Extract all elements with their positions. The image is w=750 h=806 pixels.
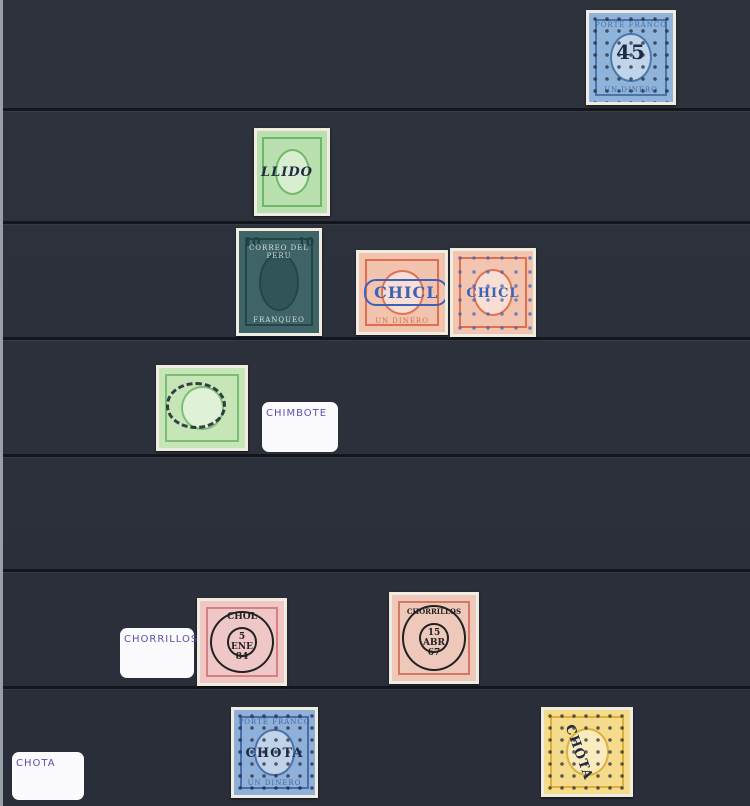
- cds-day: 15: [428, 628, 441, 638]
- label-text: CHORRILLOS: [124, 634, 198, 645]
- stamp-red-cds-chorrillos[interactable]: CHORRILLOS 15ABR67: [389, 592, 479, 684]
- stamp-blue-un-dinero[interactable]: PORTE FRANCO UN DINERO 45: [586, 10, 676, 105]
- cds-town: CHOL: [200, 612, 284, 622]
- album-strip: [3, 108, 750, 111]
- stamp-green-oval-cancel[interactable]: [156, 365, 248, 451]
- stock-page: PORTE FRANCO UN DINERO 45 LLIDO 10 10 CO…: [0, 0, 750, 806]
- stamp-bottom-text: UN DINERO: [359, 317, 445, 325]
- stamp-red-boxed-chicl[interactable]: UN DINERO CHICL: [356, 250, 448, 335]
- label-chimbote: CHIMBOTE: [262, 402, 338, 452]
- stamp-bottom-text: FRANQUEO: [239, 316, 319, 324]
- album-strip: [3, 686, 750, 689]
- album-strip: [3, 569, 750, 572]
- cds-month: ABR: [423, 638, 445, 648]
- stamp-green-arms[interactable]: LLIDO: [254, 128, 330, 216]
- stamp-blue-chota[interactable]: PORTE FRANCO UN DINERO CHOTA: [231, 707, 318, 798]
- label-text: CHIMBOTE: [266, 408, 327, 419]
- label-chota: CHOTA: [12, 752, 84, 800]
- stamp-red-dotted-chicl[interactable]: CHICL: [450, 248, 536, 337]
- album-strip: [3, 337, 750, 340]
- town-cancel: CHICL: [453, 286, 533, 301]
- cds-month: ENE: [231, 642, 253, 652]
- stamp-green-10-franqueo[interactable]: 10 10 CORREO DEL PERU FRANQUEO: [236, 228, 322, 336]
- cds-year: 84: [236, 652, 249, 662]
- stamp-rose-cds-chol[interactable]: CHOL 5ENE84: [197, 598, 287, 686]
- album-strip: [3, 454, 750, 457]
- straight-line-cancel: LLIDO: [254, 165, 327, 180]
- cds-day: 5: [239, 632, 245, 642]
- album-strip: [3, 221, 750, 224]
- cds-year: 67: [428, 648, 441, 658]
- cds-town: CHORRILLOS: [392, 607, 476, 617]
- label-text: CHOTA: [16, 758, 56, 769]
- stamp-yellow-chota[interactable]: CHOTA: [541, 707, 633, 797]
- stamp-top-text: CORREO DEL PERU: [239, 244, 319, 260]
- town-cancel: CHOTA: [234, 746, 315, 761]
- numeral-cancel: 45: [589, 40, 673, 64]
- boxed-cancel: CHICL: [364, 279, 448, 306]
- label-chorrillos: CHORRILLOS: [120, 628, 194, 678]
